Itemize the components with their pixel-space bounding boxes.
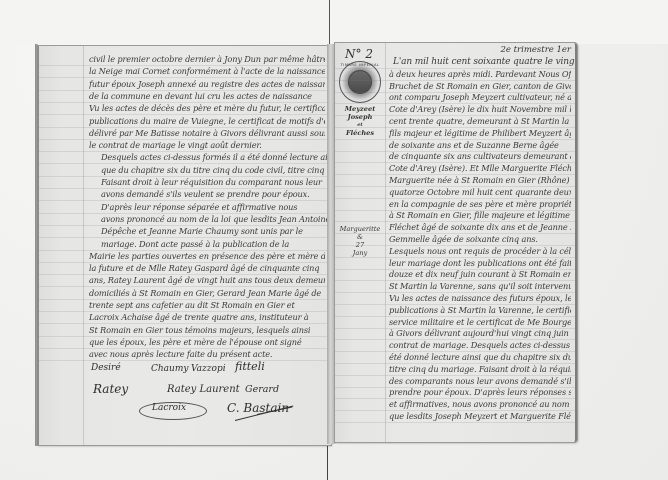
margin-note-line: Jany — [337, 249, 383, 257]
handwritten-line: Cote d'Arey (Isère) le dix huit Novembre… — [389, 104, 571, 114]
signature-fitteli: fitteli — [235, 360, 265, 373]
handwritten-line: Mairie les parties ouvertes en présence … — [89, 251, 325, 261]
signature-lacroix: Lacroix — [152, 403, 186, 413]
handwritten-line: Dépêche et Jeanne Marie Chaumy sont unis… — [101, 226, 331, 236]
margin-name-groom-first: Joseph — [337, 113, 383, 121]
handwritten-line: la future et de Mlle Ratey Gaspard âgé d… — [89, 263, 325, 273]
handwritten-line: été donné lecture ainsi que du chapitre … — [389, 352, 571, 362]
handwritten-line: Faisant droit à leur réquisition du comp… — [101, 177, 331, 187]
margin-names: Meyzeet Joseph et Fléches — [337, 105, 383, 137]
handwritten-line: à deux heures après midi. Pardevant Nous… — [389, 69, 571, 79]
margin-note-line: Margueritte — [337, 225, 383, 233]
handwritten-line: avons prononcé au nom de la loi que lesd… — [101, 214, 331, 224]
handwritten-line: trente sept ans cafetier au dit St Romai… — [89, 300, 325, 310]
scan-edge-line-bottom — [327, 445, 328, 480]
handwritten-line: Bruchet de St Romain en Gier, canton de … — [389, 81, 571, 91]
signature-ratey-laurent: Ratey Laurent — [167, 384, 240, 395]
handwritten-line: des comparants nous leur avons demandé s… — [389, 376, 571, 386]
handwritten-line: prendre pour époux. D'après leurs répons… — [389, 387, 571, 397]
ruled-line — [39, 360, 331, 361]
left-page: civil le premier octobre dernier à Jony … — [37, 46, 331, 445]
handwritten-line: contrat de mariage. Desquels actes ci-de… — [389, 340, 571, 350]
handwritten-line: Fléchet âgé de soixante dix ans et de Je… — [389, 222, 571, 232]
margin-name-groom: Meyzeet — [337, 105, 383, 113]
handwritten-line: L'an mil huit cent soixante quatre le vi… — [393, 57, 575, 67]
handwritten-line: domiciliés à St Romain en Gier, Gerard J… — [89, 288, 325, 298]
handwritten-line: leur mariage dont les publications ont é… — [389, 258, 571, 268]
handwritten-line: fils majeur et légitime de Philibert Mey… — [389, 128, 571, 138]
signature-gerard: Gerard — [245, 384, 279, 395]
handwritten-line: ont comparu Joseph Meyzert cultivateur, … — [389, 92, 571, 102]
handwritten-line: Marguerite née à St Romain en Gier (Rhôn… — [389, 175, 571, 185]
handwritten-line: la Neige mai Cornet conformément à l'act… — [89, 66, 325, 76]
handwritten-line: mariage. Dont acte passé à la publicatio… — [101, 239, 331, 249]
handwritten-line: à Givors délivrant aujourd'hui vingt cin… — [389, 328, 571, 338]
handwritten-line: publications du maire de Vuiegne, le cer… — [89, 116, 325, 126]
page-margin-rule — [83, 46, 84, 445]
handwritten-line: douze et dix neuf juin courant à St Roma… — [389, 269, 571, 279]
handwritten-line: publications à St Martin la Varenne, le … — [389, 305, 571, 315]
right-page: N° 2 2e trimestre 1er TIMBRE IMPERIAL Me… — [335, 43, 577, 442]
handwritten-line: en la compagnie de ses père et mère prop… — [389, 199, 571, 209]
scan-edge-line — [329, 0, 330, 44]
handwritten-line: que les époux, les père et mère de l'épo… — [89, 337, 325, 347]
handwritten-line: de cinquante six ans cultivateurs demeur… — [389, 151, 571, 161]
handwritten-line: que lesdits Joseph Meyzert et Marguerite… — [389, 411, 571, 421]
margin-name-bride: Fléches — [337, 129, 383, 137]
handwritten-line: que du chapitre six du titre cinq du cod… — [101, 165, 331, 175]
handwritten-line: délivré par Me Batisse notaire à Givors … — [89, 128, 325, 138]
handwritten-line: Lacroix Achaise âgé de trente quatre ans… — [89, 312, 325, 322]
handwritten-line: et affirmatives, nous avons prononcé au … — [389, 399, 571, 409]
handwritten-line: de soixante ans et de Suzanne Berne âgée — [389, 140, 571, 150]
handwritten-line: futur époux Joseph annexé au registre de… — [89, 79, 325, 89]
ruled-line — [335, 422, 575, 423]
handwritten-line: avec nous après lecture faite du présent… — [89, 349, 325, 359]
handwritten-line: ans, Ratey Laurent âgé de vingt huit ans… — [89, 275, 325, 285]
handwritten-line: service militaire et le certificat de Me… — [389, 317, 571, 327]
handwritten-line: Lesquels nous ont requis de procéder à l… — [389, 246, 571, 256]
handwritten-line: Gemmelle âgée de soixante cinq ans. — [389, 234, 571, 244]
handwritten-line: Cote d'Arey (Isère). Et Mlle Marguerite … — [389, 163, 571, 173]
handwritten-line: le contrat de mariage le vingt août dern… — [89, 140, 325, 150]
handwritten-line: cent trente quatre, demeurant à St Marti… — [389, 116, 571, 126]
margin-note-bride: Margueritte & 27 Jany — [337, 225, 383, 257]
handwritten-line: Desquels actes ci-dessus formés il a été… — [101, 152, 331, 162]
handwritten-line: Vu les actes de décès des père et mère d… — [89, 103, 325, 113]
handwritten-line: quatorze Octobre mil huit cent quarante … — [389, 187, 571, 197]
margin-note-line: & — [337, 233, 383, 241]
handwritten-line: à St Romain en Gier, fille majeure et lé… — [389, 210, 571, 220]
signature-desire: Desiré — [91, 363, 121, 373]
handwritten-line: avons demandé s'ils veulent se prendre p… — [101, 189, 331, 199]
handwritten-line: Vu les actes de naissance des futurs épo… — [389, 293, 571, 303]
scan-top-margin — [0, 0, 668, 44]
stamp-text: TIMBRE IMPERIAL — [340, 63, 380, 67]
handwritten-line: civil le premier octobre dernier à Jony … — [89, 54, 325, 64]
handwritten-line: de la commune en devant lui cru les acte… — [89, 91, 325, 101]
date-annotation: 2e trimestre 1er — [500, 45, 571, 55]
signature-chaumy: Chaumy — [151, 364, 188, 374]
act-number: N° 2 — [345, 47, 373, 61]
signature-vazzopi: Vazzopi — [191, 364, 226, 374]
handwritten-line: St Romain en Gier tous témoins majeurs, … — [89, 325, 325, 335]
signature-ratey: Ratey — [93, 382, 128, 396]
handwritten-line: St Martin la Varenne, sans qu'il soit in… — [389, 281, 571, 291]
handwritten-line: titre cinq du mariage. Faisant droit à l… — [389, 364, 571, 374]
stamp-seal-figure — [348, 70, 372, 94]
handwritten-line: D'après leur réponse séparée et affirmat… — [101, 202, 331, 212]
